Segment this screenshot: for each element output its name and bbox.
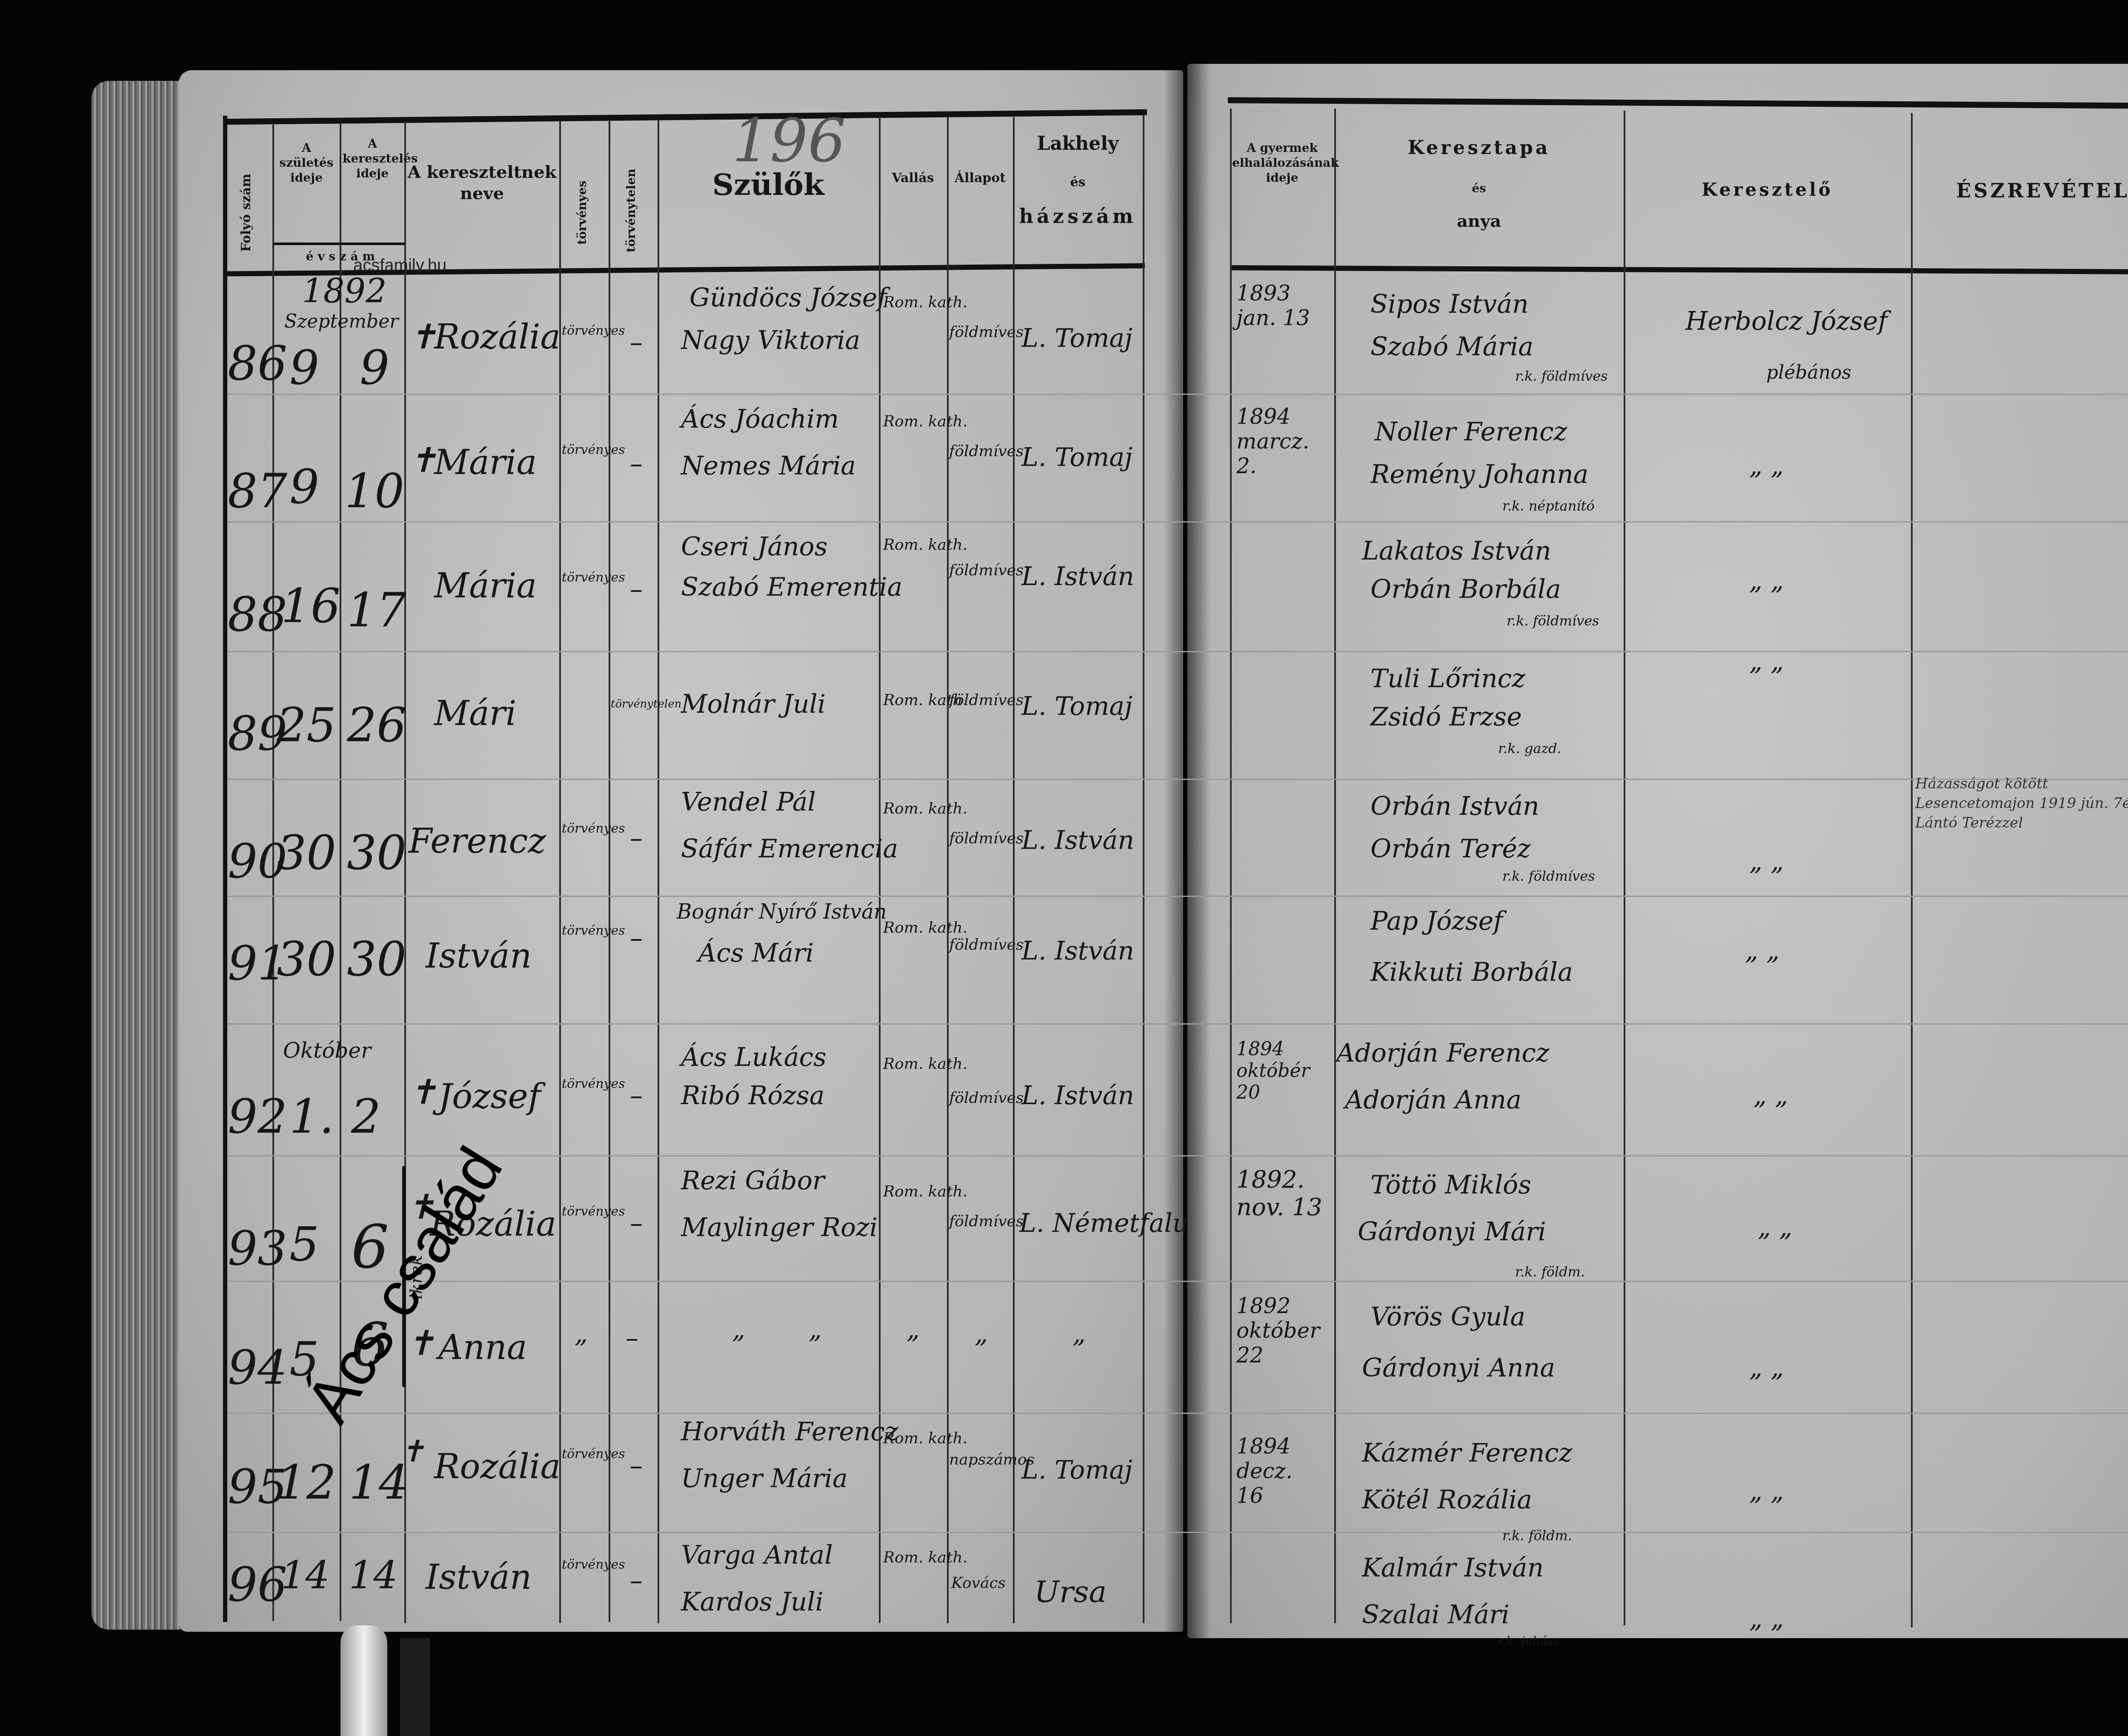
row-rule bbox=[228, 896, 2128, 897]
entry-94-status-ditto: „ bbox=[975, 1319, 988, 1349]
entry-87-religion: Rom. kath. bbox=[883, 413, 967, 430]
entry-93-residence: L. Németfalu bbox=[1019, 1208, 1189, 1238]
entry-94-death-date: 1892 október 22 bbox=[1236, 1293, 1321, 1368]
entry-95-deceased-cross: ✝ bbox=[400, 1434, 425, 1469]
row-rule bbox=[228, 1023, 2128, 1025]
entry-88-status: földmíves bbox=[949, 562, 1024, 579]
left-table-left-border bbox=[223, 116, 227, 1622]
entry-93-legitimate: törvényes bbox=[562, 1204, 625, 1219]
entry-88-father: Cseri János bbox=[681, 532, 828, 562]
entry-89-baptism-day: 26 bbox=[347, 698, 406, 752]
entry-89-mother: Molnár Juli bbox=[681, 689, 826, 719]
entry-92-religion: Rom. kath. bbox=[883, 1055, 967, 1073]
entry-88-residence: L. István bbox=[1021, 562, 1134, 591]
entry-87-godmother: Remény Johanna bbox=[1370, 460, 1588, 489]
entry-91-godmother: Kikkuti Borbála bbox=[1370, 957, 1573, 987]
entry-91-mother: Ács Mári bbox=[698, 938, 814, 968]
entry-96-godfather: Kalmár István bbox=[1362, 1553, 1544, 1583]
entry-91-name: István bbox=[426, 936, 532, 976]
entry-91-godfather: Pap József bbox=[1370, 906, 1503, 936]
entry-90-status: földmíves bbox=[949, 830, 1024, 847]
entry-89-godmother: Zsidó Erzse bbox=[1370, 702, 1522, 732]
entry-96-residence: Ursa bbox=[1034, 1574, 1107, 1609]
header-keresztapa: Keresztapa bbox=[1336, 136, 1622, 160]
entry-96-illegitimate: – bbox=[630, 1566, 643, 1596]
entry-86-mother: Nagy Viktoria bbox=[681, 325, 860, 355]
entry-95-legitimate: törvényes bbox=[562, 1447, 625, 1462]
entry-95-godfather: Kázmér Ferencz bbox=[1362, 1438, 1572, 1468]
col-line bbox=[1334, 108, 1336, 1623]
header-folyo-szam: Folyó szám bbox=[238, 162, 260, 264]
entry-93-religion: Rom. kath. bbox=[883, 1183, 967, 1200]
entry-89-godfather: Tuli Lőrincz bbox=[1370, 664, 1525, 694]
entry-87-death-date: 1894 marcz. 2. bbox=[1236, 404, 1321, 478]
entry-90-godmother: Orbán Teréz bbox=[1370, 834, 1530, 864]
entry-96-legitimate: törvényes bbox=[562, 1557, 625, 1572]
header-lakhely: Lakhely bbox=[1015, 132, 1141, 155]
entry-88-godparent-note: r.k. földmíves bbox=[1507, 613, 1599, 629]
header-torvenyes: törvényes bbox=[575, 170, 594, 255]
entry-91-legitimate: törvényes bbox=[562, 923, 625, 938]
entry-96-baptizer-ditto: „ „ bbox=[1749, 1604, 1784, 1634]
entry-90-religion: Rom. kath. bbox=[883, 800, 967, 817]
row-rule bbox=[228, 1532, 2128, 1533]
header-keresztelo: Keresztelő bbox=[1626, 179, 1909, 201]
row-rule bbox=[228, 521, 2128, 523]
entry-92-legitimate: törvényes bbox=[562, 1076, 625, 1091]
entry-88-godfather: Lakatos István bbox=[1362, 536, 1551, 566]
entry-88-illegitimate: – bbox=[630, 574, 643, 604]
entry-86-baptizer-title: plébános bbox=[1766, 362, 1851, 383]
entry-94-godmother: Gárdonyi Anna bbox=[1362, 1353, 1555, 1383]
entry-96-mother: Kardos Juli bbox=[681, 1587, 824, 1617]
header-szuletes-ideje: A születés ideje bbox=[277, 140, 336, 185]
entry-91-religion: Rom. kath. bbox=[883, 919, 967, 937]
entry-93-baptizer-ditto: „ „ bbox=[1758, 1213, 1792, 1242]
entry-94-name: Anna bbox=[438, 1328, 527, 1367]
right-page bbox=[1187, 64, 2128, 1638]
entry-86-legitimate: törvényes bbox=[562, 323, 625, 338]
month-october: Október bbox=[283, 1038, 371, 1063]
entry-93-number: 93 bbox=[228, 1221, 287, 1276]
entry-94-father-ditto: „ bbox=[732, 1315, 745, 1345]
entry-87-illegitimate: – bbox=[630, 449, 643, 479]
entry-90-godparent-note: r.k. földmíves bbox=[1502, 868, 1595, 884]
entry-94-residence-ditto: „ bbox=[1073, 1319, 1086, 1349]
entry-96-godparent-note: r.k. juhász bbox=[1498, 1634, 1560, 1648]
entry-92-illegitimate: – bbox=[630, 1081, 643, 1111]
entry-95-baptizer-ditto: „ „ bbox=[1749, 1476, 1784, 1506]
entry-87-baptizer-ditto: „ „ bbox=[1749, 451, 1784, 481]
entry-96-name: István bbox=[426, 1557, 532, 1597]
row-rule bbox=[228, 1155, 2128, 1156]
entry-95-godparent-note: r.k. földm. bbox=[1502, 1528, 1572, 1544]
entry-95-illegitimate: – bbox=[630, 1451, 643, 1481]
header-vallas: Vallás bbox=[881, 170, 945, 186]
row-rule bbox=[228, 779, 2128, 780]
entry-86-name: Rozália bbox=[434, 317, 561, 357]
entry-88-number: 88 bbox=[228, 587, 287, 642]
entry-92-father: Ács Lukács bbox=[681, 1042, 827, 1072]
entry-87-baptism-day: 10 bbox=[345, 464, 404, 518]
entry-96-status: Kovács bbox=[951, 1574, 1006, 1592]
entry-96-father: Varga Antal bbox=[681, 1540, 833, 1570]
entry-89-baptizer-ditto: „ „ bbox=[1749, 647, 1784, 677]
entry-92-baptizer-ditto: „ „ bbox=[1753, 1081, 1788, 1111]
entry-88-legitimate: törvényes bbox=[562, 570, 625, 585]
entry-87-status: földmíves bbox=[949, 443, 1024, 460]
entry-89-name: Mári bbox=[434, 694, 516, 733]
entry-95-father: Horváth Ferencz bbox=[681, 1417, 898, 1447]
entry-89-birth-day: 25 bbox=[277, 698, 336, 752]
entry-87-mother: Nemes Mária bbox=[681, 451, 856, 481]
entry-94-mother-ditto: „ bbox=[809, 1315, 822, 1345]
entry-93-godparent-note: r.k. földm. bbox=[1515, 1264, 1585, 1280]
entry-92-mother: Ribó Rózsa bbox=[681, 1081, 824, 1111]
entry-87-birth-day: 9 bbox=[289, 460, 319, 514]
entry-92-godmother: Adorján Anna bbox=[1345, 1085, 1522, 1115]
bookmark-dark bbox=[400, 1638, 430, 1736]
entry-91-father: Bognár Nyírő István bbox=[677, 900, 887, 924]
evszam-divider bbox=[273, 243, 404, 245]
row-rule bbox=[228, 1413, 2128, 1414]
entry-95-baptism-day: 14 bbox=[349, 1455, 409, 1510]
entry-86-number: 86 bbox=[228, 336, 287, 391]
col-line bbox=[947, 117, 949, 1623]
entry-90-birth-day: 30 bbox=[277, 825, 336, 880]
entry-93-illegitimate: – bbox=[630, 1208, 643, 1238]
header-anya: anya bbox=[1336, 211, 1622, 232]
entry-96-religion: Rom. kath. bbox=[883, 1549, 967, 1566]
entry-93-status: földmíves bbox=[949, 1213, 1024, 1230]
entry-89-status: földmíves bbox=[949, 691, 1024, 709]
entry-87-godfather: Noller Ferencz bbox=[1375, 417, 1567, 447]
entry-91-baptism-day: 30 bbox=[347, 932, 406, 986]
entry-86-godfather: Sipos István bbox=[1370, 289, 1529, 319]
entry-92-birth-day: 1. bbox=[289, 1089, 334, 1144]
col-line bbox=[879, 117, 881, 1623]
entry-87-father: Ács Jóachim bbox=[681, 404, 839, 434]
entry-87-residence: L. Tomaj bbox=[1021, 443, 1133, 472]
entry-92-godfather: Adorján Ferencz bbox=[1336, 1038, 1550, 1068]
header-eszrevetel: ÉSZREVÉTEL bbox=[1913, 179, 2128, 203]
row-rule bbox=[228, 394, 2128, 395]
entry-86-baptism-day: 9 bbox=[360, 340, 389, 395]
entry-90-illegitimate: – bbox=[630, 823, 643, 853]
entry-94-legitimate-ditto: „ bbox=[575, 1319, 588, 1349]
header-kereszteltnek-neve: A kereszteltnek neve bbox=[406, 162, 558, 204]
book-page-edges-left bbox=[92, 81, 189, 1630]
year-1892: 1892 bbox=[302, 272, 387, 311]
entry-96-number: 96 bbox=[228, 1557, 287, 1612]
entry-95-religion: Rom. kath. bbox=[883, 1430, 967, 1447]
entry-90-godfather: Orbán István bbox=[1370, 791, 1539, 821]
entry-92-baptism-day: 2 bbox=[351, 1089, 381, 1144]
entry-95-mother: Unger Mária bbox=[681, 1464, 848, 1493]
entry-90-baptizer-ditto: „ „ bbox=[1749, 847, 1784, 877]
row-rule bbox=[228, 651, 2128, 652]
col-line bbox=[1911, 113, 1913, 1627]
entry-93-death-date: 1892. nov. 13 bbox=[1236, 1166, 1330, 1221]
entry-94-illegitimate: – bbox=[626, 1323, 638, 1353]
entry-93-father: Rezi Gábor bbox=[681, 1166, 824, 1196]
entry-96-baptism-day: 14 bbox=[349, 1553, 398, 1598]
entry-86-status: földmíves bbox=[949, 323, 1024, 341]
entry-86-illegitimate: – bbox=[630, 328, 643, 357]
col-line bbox=[1013, 117, 1015, 1623]
entry-96-birth-day: 14 bbox=[281, 1553, 330, 1598]
entry-88-baptizer-ditto: „ „ bbox=[1749, 566, 1784, 596]
entry-86-baptizer: Herbolcz József bbox=[1685, 306, 1888, 336]
col-line bbox=[1624, 111, 1625, 1625]
entry-91-baptizer-ditto: „ „ bbox=[1745, 936, 1779, 966]
entry-90-remark: Házasságot kötött Lesencetomajon 1919 jú… bbox=[1915, 774, 2128, 833]
header-kereszteles-ideje: A keresztelés ideje bbox=[343, 136, 402, 181]
header-allapot: Állapot bbox=[948, 170, 1012, 186]
entry-92-status: földmíves bbox=[949, 1089, 1024, 1107]
entry-91-illegitimate: – bbox=[630, 923, 643, 953]
col-line bbox=[609, 120, 610, 1622]
entry-89-godparent-note: r.k. gazd. bbox=[1498, 740, 1562, 757]
entry-86-godparent-note: r.k. földmíves bbox=[1515, 368, 1608, 384]
entry-86-deceased-cross: ✝ bbox=[409, 317, 437, 357]
header-keresztapa-es: és bbox=[1336, 181, 1622, 196]
col-line bbox=[1143, 115, 1144, 1623]
page-number-pencil: 196 bbox=[732, 106, 846, 176]
entry-90-residence: L. István bbox=[1021, 825, 1134, 855]
entry-88-godmother: Orbán Borbála bbox=[1370, 574, 1561, 604]
entry-87-number: 87 bbox=[228, 464, 287, 518]
entry-95-birth-day: 12 bbox=[277, 1455, 336, 1510]
book-gutter bbox=[1164, 64, 1211, 1638]
entry-95-death-date: 1894 decz. 16 bbox=[1236, 1434, 1321, 1508]
entry-95-name: Rozália bbox=[434, 1447, 561, 1486]
entry-88-religion: Rom. kath. bbox=[883, 536, 967, 554]
header-torvenytelen: törvénytelen bbox=[624, 162, 643, 260]
entry-92-name: József bbox=[438, 1076, 541, 1116]
entry-95-residence: L. Tomaj bbox=[1021, 1455, 1133, 1485]
entry-89-illegitimate: törvénytelen bbox=[611, 698, 653, 711]
entry-88-birth-day: 16 bbox=[281, 579, 340, 633]
header-hazszam: házszám bbox=[1015, 204, 1141, 229]
entry-94-religion-ditto: „ bbox=[907, 1315, 920, 1345]
entry-87-deceased-cross: ✝ bbox=[409, 440, 437, 480]
entry-91-birth-day: 30 bbox=[277, 932, 336, 986]
entry-96-godmother: Szalai Mári bbox=[1362, 1600, 1510, 1630]
entry-90-father: Vendel Pál bbox=[681, 787, 816, 817]
entry-92-deceased-cross: ✝ bbox=[409, 1072, 437, 1112]
entry-89-residence: L. Tomaj bbox=[1021, 691, 1133, 721]
row-rule bbox=[228, 1281, 2128, 1282]
header-lakhely-es: és bbox=[1015, 174, 1141, 191]
col-line bbox=[658, 119, 659, 1623]
entry-91-residence: L. István bbox=[1021, 936, 1134, 966]
entry-93-mother: Maylinger Rozi bbox=[681, 1213, 878, 1242]
entry-92-death-date: 1894 októbér 20 bbox=[1236, 1038, 1330, 1103]
entry-86-residence: L. Tomaj bbox=[1021, 323, 1133, 353]
entry-86-father: Gündöcs József bbox=[689, 283, 887, 313]
entry-94-baptizer-ditto: „ „ bbox=[1749, 1353, 1784, 1383]
bookmark-ribbon bbox=[340, 1625, 387, 1736]
entry-93-godfather: Töttö Miklós bbox=[1370, 1170, 1531, 1200]
entry-94-number: 94 bbox=[228, 1340, 287, 1395]
entry-91-status: földmíves bbox=[949, 936, 1024, 954]
month-september: Szeptember bbox=[284, 311, 398, 332]
entry-93-birth-day: 5 bbox=[289, 1217, 319, 1271]
entry-92-residence: L. István bbox=[1021, 1081, 1134, 1111]
entry-90-mother: Sáfár Emerencia bbox=[681, 834, 898, 864]
entry-94-godfather: Vörös Gyula bbox=[1370, 1302, 1525, 1332]
entry-90-legitimate: törvényes bbox=[562, 821, 625, 836]
entry-86-religion: Rom. kath. bbox=[883, 294, 967, 311]
entry-87-legitimate: törvényes bbox=[562, 443, 625, 457]
entry-90-baptism-day: 30 bbox=[347, 825, 406, 880]
header-elhalalozas: A gyermek elhalálozásának ideje bbox=[1232, 140, 1332, 185]
entry-88-mother: Szabó Emerentia bbox=[681, 572, 902, 602]
col-line bbox=[1230, 108, 1232, 1623]
entry-88-baptism-day: 17 bbox=[347, 583, 406, 637]
entry-93-godmother: Gárdonyi Mári bbox=[1358, 1217, 1546, 1247]
entry-86-godmother: Szabó Mária bbox=[1370, 332, 1533, 362]
entry-95-godmother: Kötél Rozália bbox=[1362, 1485, 1532, 1515]
entry-88-name: Mária bbox=[434, 566, 537, 605]
entry-87-name: Mária bbox=[434, 443, 537, 482]
entry-86-death-date: 1893 jan. 13 bbox=[1236, 281, 1321, 330]
entry-92-number: 92 bbox=[228, 1089, 287, 1144]
entry-87-godparent-note: r.k. néptanító bbox=[1502, 498, 1595, 514]
entry-90-name: Ferencz bbox=[409, 821, 546, 861]
entry-86-birth-day: 9 bbox=[289, 340, 319, 395]
